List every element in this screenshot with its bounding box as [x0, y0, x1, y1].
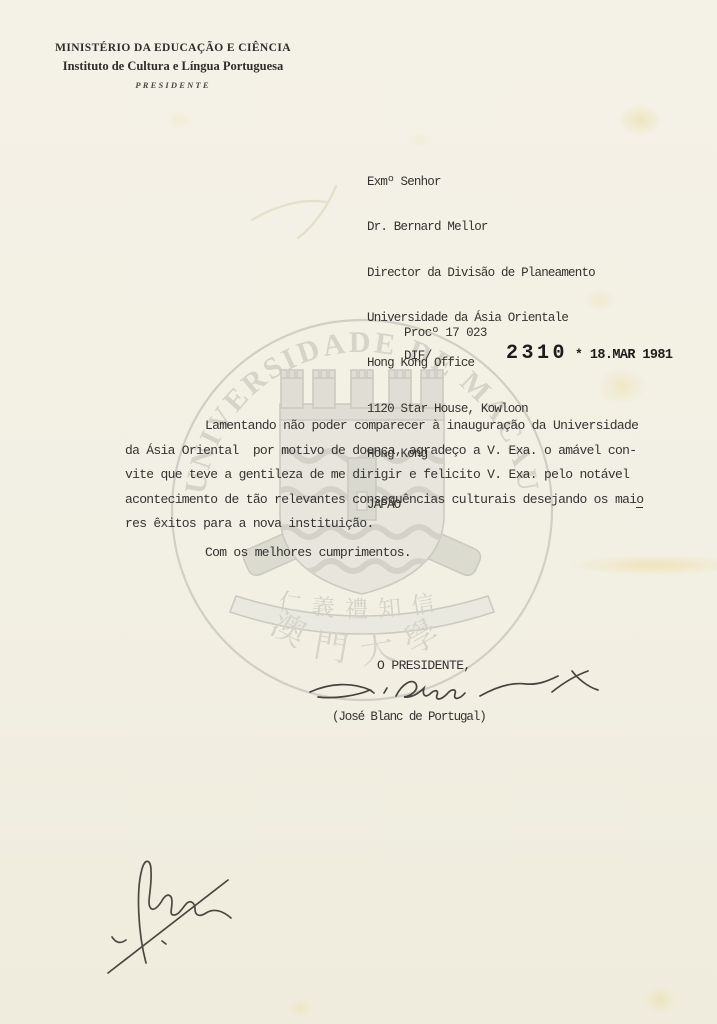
recipient-line: Universidade da Ásia Orientale [367, 311, 595, 326]
recipient-line: Exmº Senhor [367, 175, 595, 190]
date-stamp: 2310 * 18.MAR 1981 [506, 342, 672, 365]
stamp-number: 2310 [506, 342, 568, 365]
dif-reference: DIF/ [404, 349, 432, 363]
recipient-line: Director da Divisão de Planeamento [367, 266, 595, 281]
body-line: acontecimento de tão relevantes consequê… [125, 488, 643, 513]
body-line-text: acontecimento de tão relevantes consequê… [125, 492, 636, 507]
process-number: Procº 17 023 [404, 326, 487, 340]
recipient-line: Dr. Bernard Mellor [367, 220, 595, 235]
body-line: Lamentando não poder comparecer à inaugu… [125, 414, 643, 439]
stamp-date: 18.MAR 1981 [590, 348, 673, 363]
body-line: da Ásia Oriental por motivo de doença, a… [125, 439, 643, 464]
underlined-continuation: o [636, 492, 643, 508]
stamp-star-icon: * [575, 347, 583, 362]
ministry-name: MINISTÉRIO DA EDUCAÇÃO E CIÊNCIA [25, 42, 321, 54]
closing-line: Com os melhores cumprimentos. [125, 541, 643, 566]
faint-pencil-mark [240, 172, 370, 252]
letter-body: Lamentando não poder comparecer à inaugu… [125, 414, 643, 566]
letterhead-role: PRESIDENTE [25, 80, 321, 90]
scanned-letter-page: UNIVERSIDADE DE MACAU [0, 0, 717, 1024]
handwritten-scribble [88, 845, 248, 980]
body-line: res êxitos para a nova instituição. [125, 512, 643, 537]
body-line: vite que teve a gentileza de me dirigir … [125, 463, 643, 488]
institute-name: Instituto de Cultura e Língua Portuguesa [25, 59, 321, 74]
letterhead: MINISTÉRIO DA EDUCAÇÃO E CIÊNCIA Institu… [25, 42, 321, 90]
signer-name: (José Blanc de Portugal) [332, 710, 486, 724]
president-signature [300, 666, 620, 712]
